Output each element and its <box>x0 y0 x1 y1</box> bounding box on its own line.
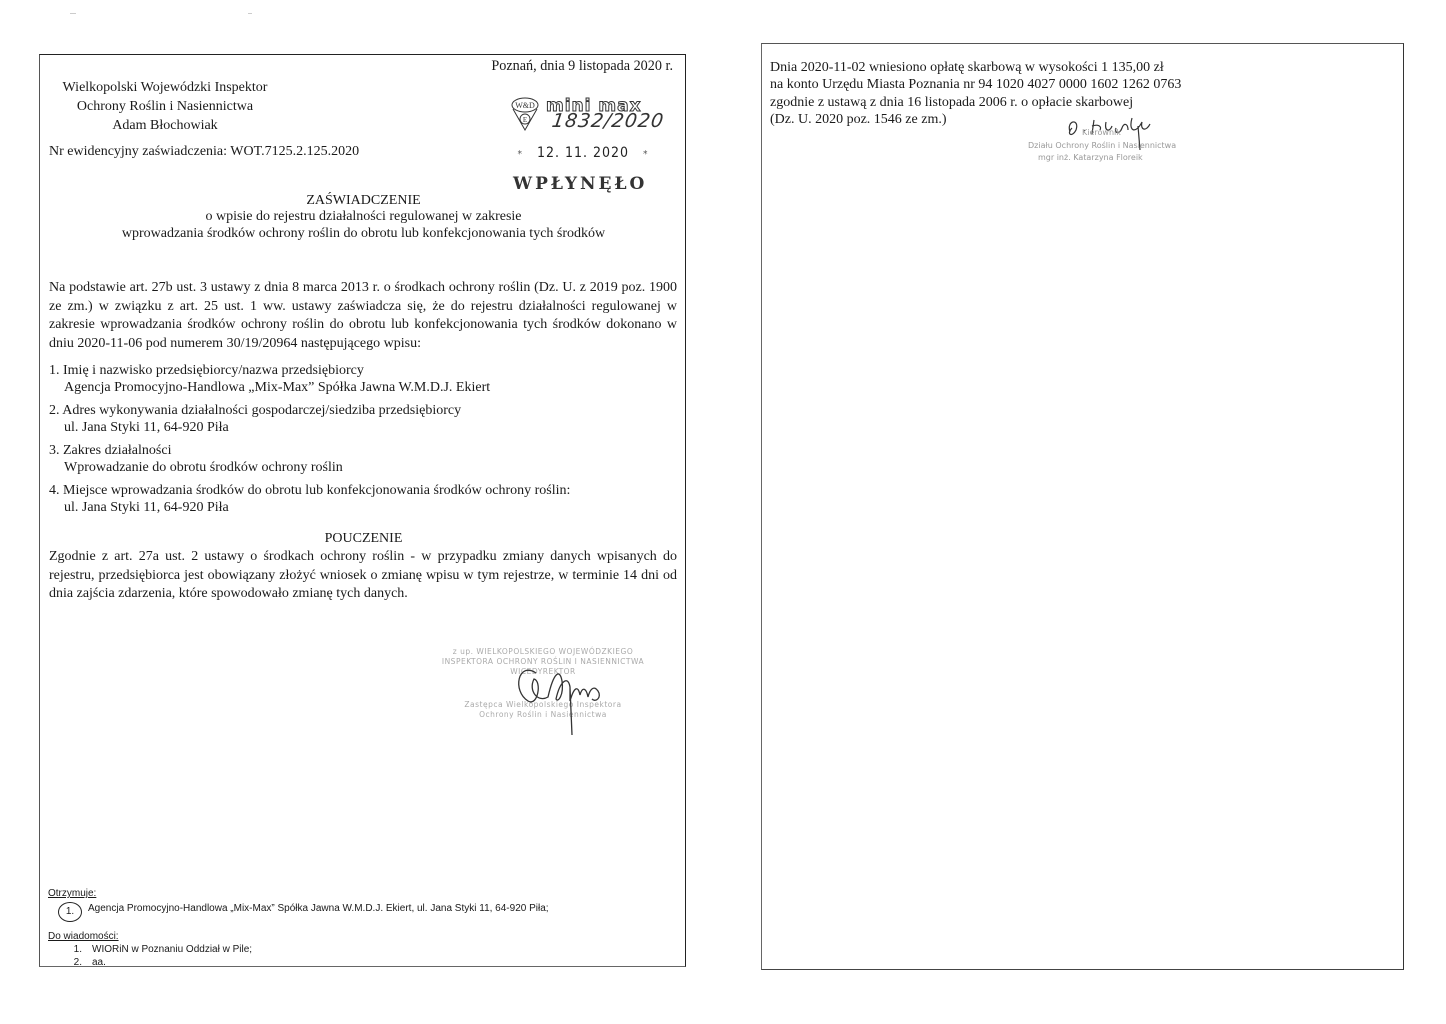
recipient-row: 1. Agencja Promocyjno-Handlowa „Mix-Max”… <box>48 902 668 922</box>
distribution-list: Otrzymuje: 1. Agencja Promocyjno-Handlow… <box>48 887 668 969</box>
stamp-registration-number: 1832/2020 <box>550 110 665 132</box>
record-number: Nr ewidencyjny zaświadczenia: WOT.7125.2… <box>49 144 359 160</box>
entry-item: 1. Imię i nazwisko przedsiębiorcy/nazwa … <box>49 362 669 396</box>
signature-stamp: z up. WIELKOPOLSKIEGO WOJEWÓDZKIEGO INSP… <box>428 647 658 737</box>
cc-text: WIORiN w Poznaniu Oddział w Pile; <box>92 943 252 956</box>
issuer-line: Wielkopolski Wojewódzki Inspektor <box>60 78 270 97</box>
svg-text:W&D: W&D <box>515 101 535 110</box>
entry-value: ul. Jana Styki 11, 64-920 Piła <box>49 419 669 436</box>
entry-item: 4. Miejsce wprowadzania środków do obrot… <box>49 482 669 516</box>
wd-e-logo-icon: W&D E <box>510 97 540 131</box>
place-date: Poznań, dnia 9 listopada 2020 r. <box>491 58 673 75</box>
notice-heading: POUCZENIE <box>40 531 687 547</box>
recipient-number: 1. <box>58 902 82 922</box>
entry-value: Agencja Promocyjno-Handlowa „Mix-Max” Sp… <box>49 379 669 396</box>
star-icon: * <box>643 149 649 160</box>
svg-text:E: E <box>523 116 527 124</box>
notice-text: Zgodnie z art. 27a ust. 2 ustawy o środk… <box>49 548 677 604</box>
signature-caption: Działu Ochrony Roślin i Nasiennictwa <box>1028 141 1176 150</box>
cc-row: 2. aa. <box>48 956 668 969</box>
fee-note-line: na konto Urzędu Miasta Poznania nr 94 10… <box>770 76 1181 93</box>
recipients-heading: Otrzymuje: <box>48 887 668 900</box>
star-icon: * <box>517 149 523 160</box>
entry-label: 4. Miejsce wprowadzania środków do obrot… <box>49 482 669 499</box>
fee-note-line: Dnia 2020-11-02 wniesiono opłatę skarbow… <box>770 59 1181 76</box>
entry-items: 1. Imię i nazwisko przedsiębiorcy/nazwa … <box>49 362 669 522</box>
issuer-line: Ochrony Roślin i Nasiennictwa <box>60 97 270 116</box>
cc-heading: Do wiadomości: <box>48 930 668 943</box>
received-label: WPŁYNĘŁO <box>513 174 647 194</box>
entry-label: 1. Imię i nazwisko przedsiębiorcy/nazwa … <box>49 362 669 379</box>
handwritten-signature-icon <box>498 651 618 737</box>
cc-row: 1. WIORiN w Poznaniu Oddział w Pile; <box>48 943 668 956</box>
body-paragraph: Na podstawie art. 27b ust. 3 ustawy z dn… <box>49 279 677 353</box>
cc-text: aa. <box>92 956 106 969</box>
issuer-block: Wielkopolski Wojewódzki Inspektor Ochron… <box>60 78 270 135</box>
document-subtitle: wprowadzania środków ochrony roślin do o… <box>40 226 687 242</box>
fee-note-line: zgodnie z ustawą z dnia 16 listopada 200… <box>770 94 1181 111</box>
entry-item: 3. Zakres działalności Wprowadzanie do o… <box>49 442 669 476</box>
entry-value: ul. Jana Styki 11, 64-920 Piła <box>49 499 669 516</box>
cc-number: 1. <box>48 943 92 956</box>
issuer-line: Adam Błochowiak <box>60 116 270 135</box>
certificate-page: Poznań, dnia 9 listopada 2020 r. Wielkop… <box>39 54 686 967</box>
entry-label: 3. Zakres działalności <box>49 442 669 459</box>
entry-value: Wprowadzanie do obrotu środków ochrony r… <box>49 459 669 476</box>
signature-caption: mgr inż. Katarzyna Floreik <box>1038 153 1143 162</box>
document-subtitle: o wpisie do rejestru działalności regulo… <box>40 209 687 225</box>
stamp-date-row: *12. 11. 2020* <box>498 145 668 161</box>
fee-note-page: Dnia 2020-11-02 wniesiono opłatę skarbow… <box>761 43 1404 970</box>
scan-artifact <box>70 13 76 14</box>
cc-number: 2. <box>48 956 92 969</box>
stamp-date: 12. 11. 2020 <box>537 145 629 161</box>
document-title: ZAŚWIADCZENIE <box>40 193 687 209</box>
fee-signature-block: Kierownik Działu Ochrony Roślin i Nasien… <box>1012 112 1162 172</box>
entry-item: 2. Adres wykonywania działalności gospod… <box>49 402 669 436</box>
entry-label: 2. Adres wykonywania działalności gospod… <box>49 402 669 419</box>
scan-artifact <box>248 13 252 14</box>
recipient-text: Agencja Promocyjno-Handlowa „Mix-Max” Sp… <box>88 902 549 922</box>
signature-caption: Kierownik <box>1082 128 1121 137</box>
